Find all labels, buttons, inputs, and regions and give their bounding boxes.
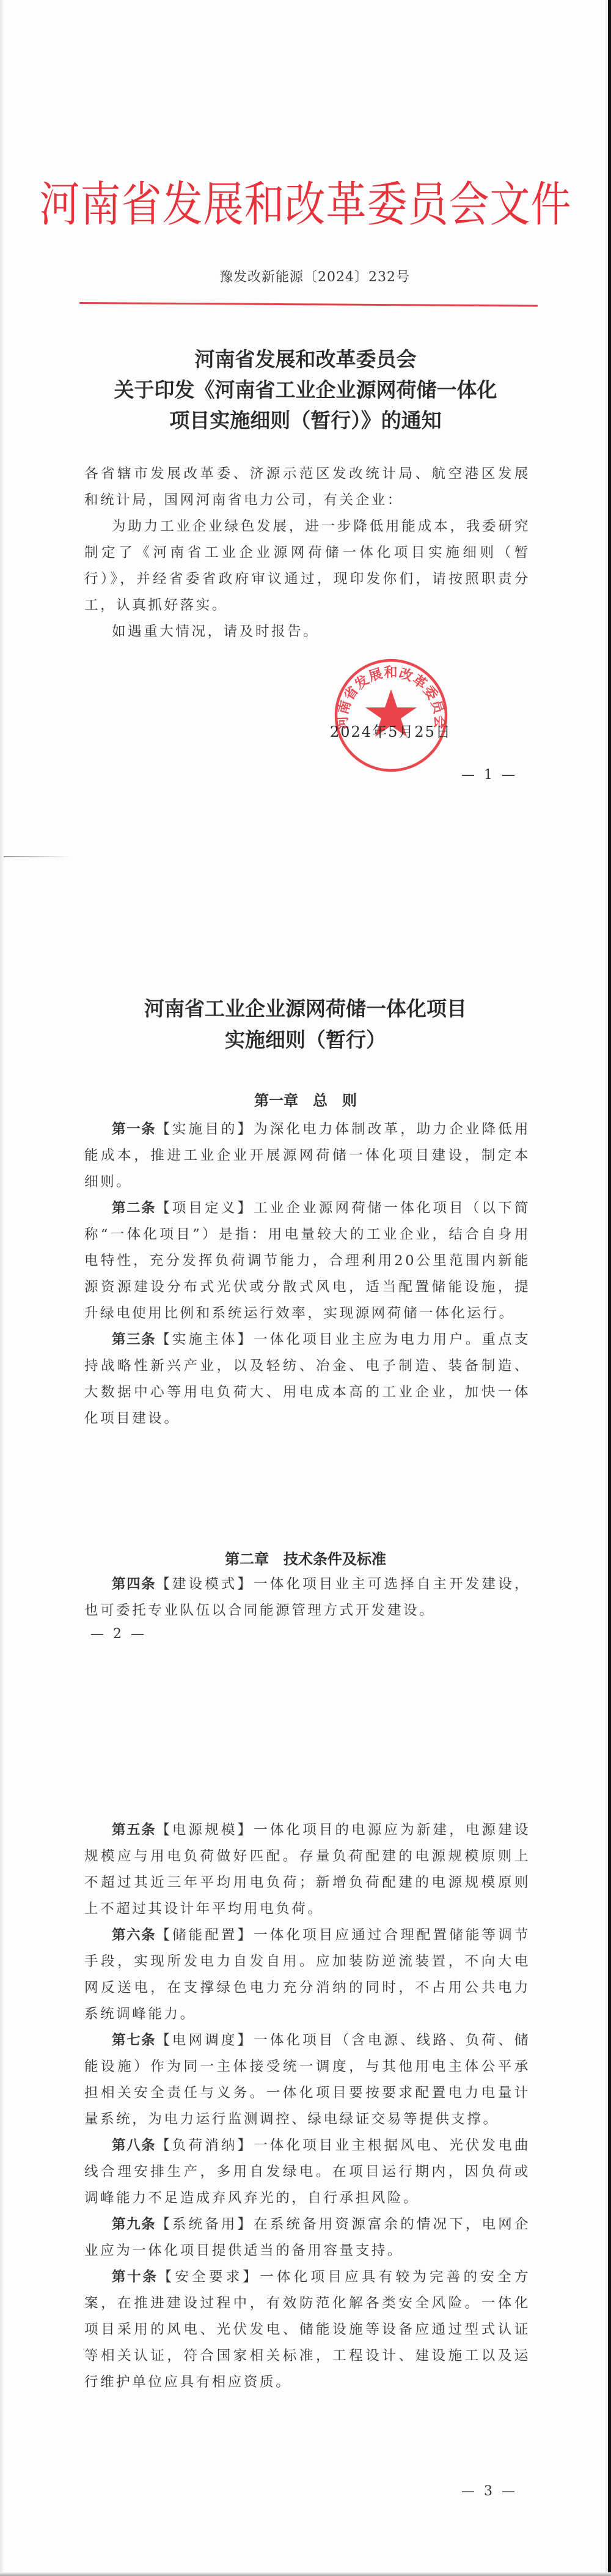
article-3: 第三条【实施主体】一体化项目业主应为电力用户。重点支持战略性新兴产业，以及轻纺、… <box>84 1327 530 1432</box>
article-9-label: 第九条 <box>112 2216 156 2232</box>
article-7-label: 第七条 <box>112 2032 156 2048</box>
page-seam-1-2 <box>4 856 71 857</box>
article-4-label: 第四条 <box>112 1576 156 1592</box>
notice-title-line-3: 项目实施细则（暂行）》的通知 <box>0 405 611 436</box>
red-separator-rule <box>79 302 538 307</box>
article-4: 第四条【建设模式】一体化项目业主可选择自主开发建设，也可委托专业队伍以合同能源管… <box>84 1571 530 1624</box>
notice-paragraph-1: 为助力工业企业绿色发展，进一步降低用能成本，我委研究制定了《河南省工业企业源网荷… <box>84 514 530 619</box>
page-number-2: — 2 — <box>90 1626 147 1642</box>
article-8-topic: 【负荷消纳】 <box>156 2138 254 2153</box>
chapter-1-title: 第一章 总 则 <box>0 1088 611 1110</box>
article-2-text: 工业企业源网荷储一体化项目（以下简称“一体化项目”）是指：用电量较大的工业企业，… <box>84 1200 530 1321</box>
article-3-label: 第三条 <box>112 1332 156 1348</box>
article-5-topic: 【电源规模】 <box>156 1822 254 1838</box>
article-6-label: 第六条 <box>112 1927 156 1943</box>
article-5: 第五条【电源规模】一体化项目的电源应为新建，电源建设规模应与用电负荷做好匹配。存… <box>84 1817 530 1922</box>
page-number-3: — 3 — <box>461 2484 518 2499</box>
article-10: 第十条【安全要求】一体化项目应具有较为完善的安全方案，在推进建设过程中，有效防范… <box>84 2264 530 2396</box>
article-1-label: 第一条 <box>112 1121 156 1137</box>
article-10-topic: 【安全要求】 <box>158 2269 260 2285</box>
article-6: 第六条【储能配置】一体化项目应通过合理配置储能等调节手段，实现所发电力自发自用。… <box>84 1922 530 2028</box>
article-7: 第七条【电网调度】一体化项目（含电源、线路、负荷、储能设施）作为同一主体接受统一… <box>84 2028 530 2133</box>
document-number: 豫发改新能源〔2024〕232号 <box>0 267 611 286</box>
rules-title-line-2: 实施细则（暂行） <box>0 1025 611 1055</box>
article-8: 第八条【负荷消纳】一体化项目业主根据风电、光伏发电曲线合理安排生产，多用自发绿电… <box>84 2133 530 2212</box>
issue-date: 2024年5月25日 <box>330 720 452 741</box>
article-10-label: 第十条 <box>112 2269 158 2285</box>
article-8-label: 第八条 <box>112 2138 156 2153</box>
article-7-topic: 【电网调度】 <box>156 2032 254 2048</box>
notice-body: 各省辖市发展改革委、济源示范区发改统计局、航空港区发展和统计局，国网河南省电力公… <box>84 461 530 645</box>
notice-title-line-2: 关于印发《河南省工业企业源网荷储一体化 <box>0 375 611 405</box>
article-10-text: 一体化项目应具有较为完善的安全方案，在推进建设过程中，有效防范化解各类安全风险。… <box>84 2269 530 2390</box>
recipients: 各省辖市发展改革委、济源示范区发改统计局、航空港区发展和统计局，国网河南省电力公… <box>84 461 530 514</box>
article-1-topic: 【实施目的】 <box>156 1121 254 1137</box>
article-4-topic: 【建设模式】 <box>156 1576 254 1592</box>
page-number-1: — 1 — <box>461 767 518 783</box>
article-1: 第一条【实施目的】为深化电力体制改革，助力企业降低用能成本，推进工业企业开展源网… <box>84 1116 530 1195</box>
chapter-2-body-page-2: 第四条【建设模式】一体化项目业主可选择自主开发建设，也可委托专业队伍以合同能源管… <box>84 1571 530 1624</box>
rules-title-line-1: 河南省工业企业源网荷储一体化项目 <box>0 994 611 1024</box>
article-2-topic: 【项目定义】 <box>156 1200 254 1216</box>
official-seal-icon: 河南省发展和改革委员会 <box>333 657 449 773</box>
article-5-label: 第五条 <box>112 1822 156 1838</box>
article-9-topic: 【系统备用】 <box>156 2216 254 2232</box>
article-2: 第二条【项目定义】工业企业源网荷储一体化项目（以下简称“一体化项目”）是指：用电… <box>84 1195 530 1327</box>
chapter-2-title: 第二章 技术条件及标准 <box>0 1547 611 1568</box>
notice-paragraph-2: 如遇重大情况，请及时报告。 <box>84 619 530 645</box>
scan-bottom-edge <box>0 2572 611 2576</box>
issuer-heading: 河南省发展和改革委员会文件 <box>0 172 611 237</box>
notice-title-line-1: 河南省发展和改革委员会 <box>0 344 611 375</box>
article-3-topic: 【实施主体】 <box>156 1332 254 1348</box>
chapter-2-body-page-3: 第五条【电源规模】一体化项目的电源应为新建，电源建设规模应与用电负荷做好匹配。存… <box>84 1817 530 2396</box>
article-9: 第九条【系统备用】在系统备用资源富余的情况下，电网企业应为一体化项目提供适当的备… <box>84 2212 530 2264</box>
chapter-1-body: 第一条【实施目的】为深化电力体制改革，助力企业降低用能成本，推进工业企业开展源网… <box>84 1116 530 1432</box>
article-2-label: 第二条 <box>112 1200 156 1216</box>
article-6-topic: 【储能配置】 <box>156 1927 254 1943</box>
